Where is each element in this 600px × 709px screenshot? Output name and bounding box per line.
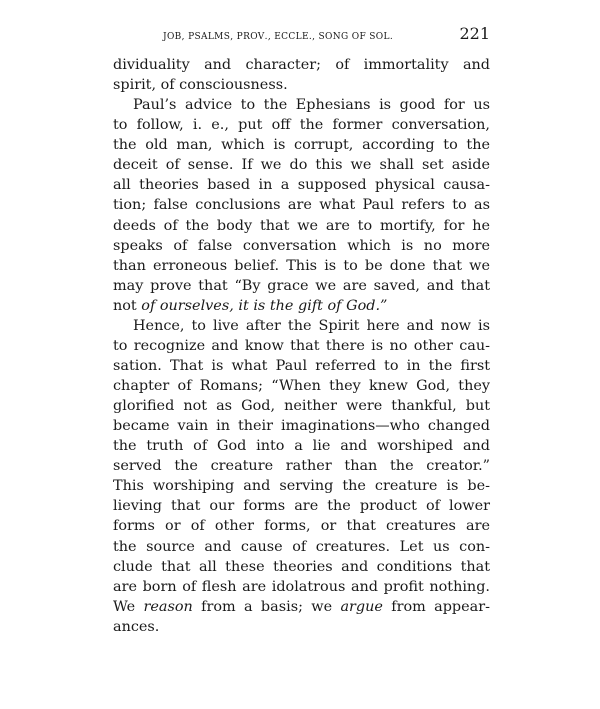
text-line: clude that all these theories and condit… xyxy=(113,557,490,577)
text-line: may prove that “By grace we are saved, a… xyxy=(113,276,490,296)
text-line: are born of flesh are idolatrous and pro… xyxy=(113,577,490,597)
text-run: tion; false conclusions are what Paul re… xyxy=(113,197,490,213)
text-run: to recognize and know that there is no o… xyxy=(113,338,490,354)
text-run: spirit, of consciousness. xyxy=(113,77,288,93)
text-line: forms or of other forms, or that creatur… xyxy=(113,516,490,536)
text-line: to recognize and know that there is no o… xyxy=(113,336,490,356)
text-run: the source and cause of creatures. Let u… xyxy=(113,539,490,555)
text-line: lieving that our forms are the product o… xyxy=(113,496,490,516)
text-run: became vain in their imaginations—who ch… xyxy=(113,418,490,434)
text-run: chapter of Romans; “When they knew God, … xyxy=(113,378,490,394)
text-run: forms or of other forms, or that creatur… xyxy=(113,518,490,534)
text-line: glorified not as God, neither were thank… xyxy=(113,396,490,416)
text-run: clude that all these theories and condit… xyxy=(113,559,490,575)
text-line: than erroneous belief. This is to be don… xyxy=(113,256,490,276)
text-run: are born of flesh are idolatrous and pro… xyxy=(113,579,490,595)
text-run: may prove that “By grace we are saved, a… xyxy=(113,278,490,294)
text-line: the old man, which is corrupt, according… xyxy=(113,135,490,155)
text-line: served the creature rather than the crea… xyxy=(113,456,490,476)
text-line: Paul’s advice to the Ephesians is good f… xyxy=(113,95,490,115)
italic-text: reason xyxy=(143,599,192,615)
text-line: all theories based in a supposed physica… xyxy=(113,175,490,195)
text-run: speaks of false conversation which is no… xyxy=(113,238,490,254)
text-line: speaks of false conversation which is no… xyxy=(113,236,490,256)
paragraph: dividuality and character; of immortalit… xyxy=(113,55,490,95)
text-run: lieving that our forms are the product o… xyxy=(113,498,490,514)
paragraph: Hence, to live after the Spirit here and… xyxy=(113,316,490,637)
text-line: We reason from a basis; we argue from ap… xyxy=(113,597,490,617)
text-run: the old man, which is corrupt, according… xyxy=(113,137,490,153)
text-run: all theories based in a supposed physica… xyxy=(113,177,490,193)
text-line: became vain in their imaginations—who ch… xyxy=(113,416,490,436)
text-run: than erroneous belief. This is to be don… xyxy=(113,258,490,274)
text-run: ances. xyxy=(113,619,159,635)
text-line: Hence, to live after the Spirit here and… xyxy=(113,316,490,336)
running-title: JOB, PSALMS, PROV., ECCLE., SONG OF SOL. xyxy=(163,28,393,43)
italic-text: of ourselves, it is the gift of God.” xyxy=(141,298,387,314)
text-line: ances. xyxy=(113,617,490,637)
text-line: This worshiping and serving the creature… xyxy=(113,476,490,496)
running-head: JOB, PSALMS, PROV., ECCLE., SONG OF SOL.… xyxy=(113,24,490,44)
book-page: JOB, PSALMS, PROV., ECCLE., SONG OF SOL.… xyxy=(0,0,600,709)
text-run: Hence, to live after the Spirit here and… xyxy=(133,318,490,334)
text-run: served the creature rather than the crea… xyxy=(113,458,490,474)
text-run: the truth of God into a lie and worshipe… xyxy=(113,438,490,454)
text-run: deeds of the body that we are to mortify… xyxy=(113,218,490,234)
text-run: from a basis; we xyxy=(193,599,341,615)
text-line: dividuality and character; of immortalit… xyxy=(113,55,490,75)
text-run: not xyxy=(113,298,141,314)
text-run: glorified not as God, neither were thank… xyxy=(113,398,490,414)
text-line: the truth of God into a lie and worshipe… xyxy=(113,436,490,456)
body-text: dividuality and character; of immortalit… xyxy=(113,55,490,637)
text-line: sation. That is what Paul referred to in… xyxy=(113,356,490,376)
text-line: the source and cause of creatures. Let u… xyxy=(113,537,490,557)
text-run: Paul’s advice to the Ephesians is good f… xyxy=(133,97,490,113)
text-run: from appear- xyxy=(383,599,490,615)
text-run: We xyxy=(113,599,143,615)
text-run: deceit of sense. If we do this we shall … xyxy=(113,157,490,173)
text-line: deeds of the body that we are to mortify… xyxy=(113,216,490,236)
text-run: sation. That is what Paul referred to in… xyxy=(113,358,490,374)
text-line: spirit, of consciousness. xyxy=(113,75,490,95)
text-line: deceit of sense. If we do this we shall … xyxy=(113,155,490,175)
text-line: tion; false conclusions are what Paul re… xyxy=(113,195,490,215)
text-run: to follow, i. e., put off the former con… xyxy=(113,117,490,133)
text-run: This worshiping and serving the creature… xyxy=(113,478,490,494)
text-line: not of ourselves, it is the gift of God.… xyxy=(113,296,490,316)
italic-text: argue xyxy=(340,599,382,615)
page-number: 221 xyxy=(459,24,490,43)
text-run: dividuality and character; of immortalit… xyxy=(113,57,490,73)
paragraph: Paul’s advice to the Ephesians is good f… xyxy=(113,95,490,316)
text-line: chapter of Romans; “When they knew God, … xyxy=(113,376,490,396)
text-line: to follow, i. e., put off the former con… xyxy=(113,115,490,135)
